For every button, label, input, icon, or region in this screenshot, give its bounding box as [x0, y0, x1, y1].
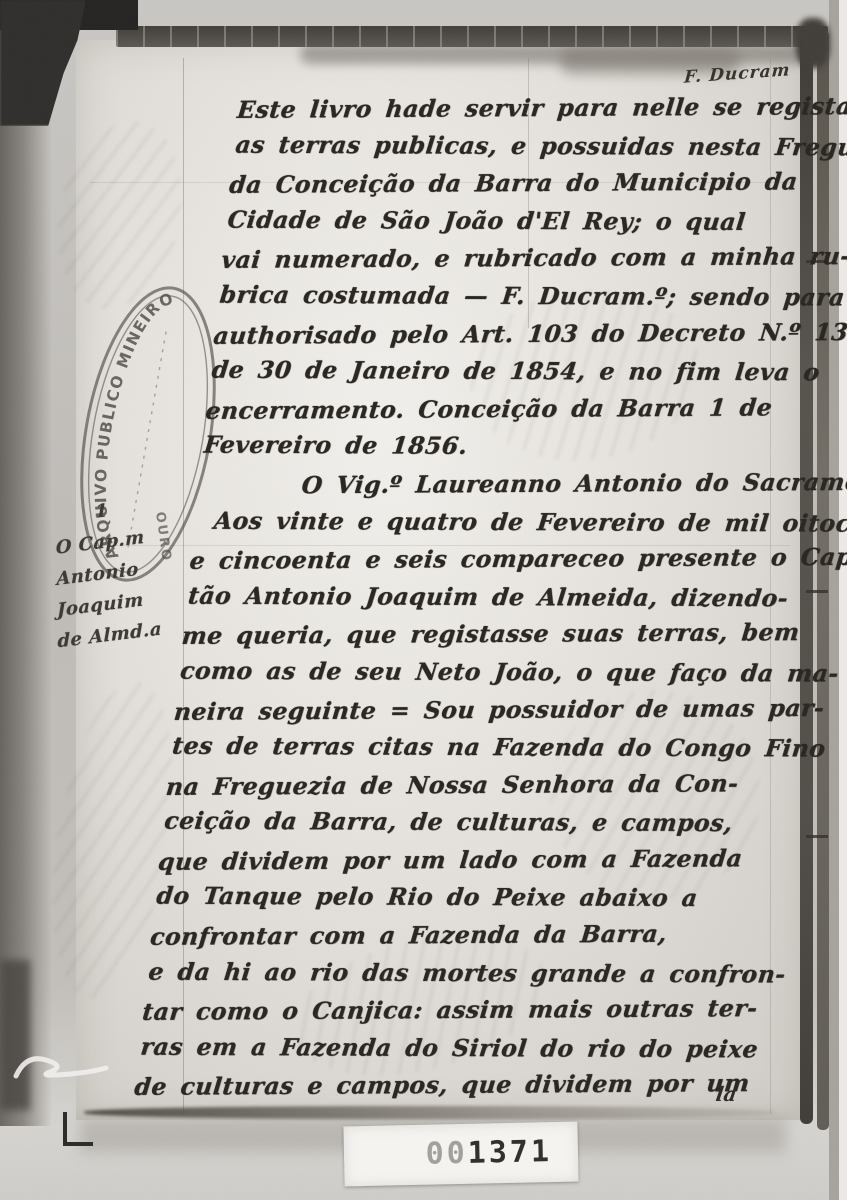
- manuscript-line: confrontar com a Fazenda da Barra,: [148, 915, 766, 956]
- manuscript-line: neira seguinte = Sou possuidor de umas p…: [172, 690, 790, 731]
- binding-stitch-band: [116, 26, 828, 47]
- manuscript-line: as terras publicas, e possuidas nesta Fr…: [234, 126, 847, 166]
- manuscript-line: vai numerado, e rubricado com a minha ru…: [220, 239, 838, 280]
- manuscript-line: de culturas e campos, que dividem por um: [133, 1066, 751, 1107]
- manuscript-line: Este livro hade servir para nelle se reg…: [235, 88, 847, 129]
- manuscript-line: tão Antonio Joaquim de Almeida, dizendo-: [186, 577, 804, 617]
- manuscript-line: O Vig.º Laureanno Antonio do Sacramento.: [196, 464, 814, 505]
- manuscript-line: Cidade de São João d'El Rey; o qual: [226, 201, 844, 241]
- manuscript-line: tes de terras citas na Fazenda do Congo …: [170, 728, 788, 768]
- manuscript-line: na Freguezia de Nossa Senhora da Con-: [164, 765, 782, 806]
- scanned-manuscript-page: { "page": { "rubric_top_right": "F. Ducr…: [0, 0, 847, 1200]
- binding-corner-top-left: [0, 0, 86, 126]
- inventory-label: 001371: [343, 1122, 578, 1187]
- manuscript-line: ras em a Fazenda do Siriol do rio do pei…: [139, 1029, 757, 1069]
- manuscript-line: e cincoenta e seis compareceo presente o…: [188, 539, 806, 580]
- page-bottom-edge: [84, 1106, 774, 1119]
- manuscript-line: como as de seu Neto João, o que faço da …: [178, 653, 796, 693]
- label-digits: 1371: [467, 1134, 552, 1171]
- manuscript-line: de 30 de Janeiro de 1854, e no fim leva …: [210, 352, 828, 392]
- manuscript-line: encerramento. Conceição da Barra 1 de: [204, 389, 822, 430]
- manuscript-line: tar como o Canjica: assim mais outras te…: [140, 990, 758, 1031]
- label-digits-faint: 00: [425, 1136, 468, 1172]
- manuscript-line: da Conceição da Barra do Municipio da: [227, 163, 845, 204]
- page-edge-right: [796, 18, 830, 68]
- manuscript-line: authorisado pelo Art. 103 do Decreto N.º…: [212, 314, 830, 355]
- manuscript-line: brica costumada — F. Ducram.º; sendo par…: [218, 277, 836, 317]
- manuscript-line: e da hi ao rio das mortes grande a confr…: [147, 953, 765, 993]
- binding-tick: [806, 590, 828, 593]
- manuscript-line: Aos vinte e quatro de Fevereiro de mil o…: [194, 502, 812, 542]
- corner-registration-mark: [63, 1112, 67, 1146]
- manuscript-line: ceição da Barra, de culturas, e campos,: [162, 803, 780, 843]
- manuscript-line: que dividem por um lado com a Fazenda: [156, 840, 774, 881]
- binding-tick: [806, 835, 828, 838]
- margin-note: 1O Cap.mAntonioJoaquimde Almd.a: [55, 486, 187, 658]
- manuscript-line: Fevereiro de 1856.: [202, 427, 820, 467]
- corner-registration-mark: [63, 1142, 93, 1146]
- manuscript-line: me queria, que registasse suas terras, b…: [180, 614, 798, 655]
- white-curl-mark: [10, 1036, 120, 1100]
- catchword: la: [714, 1082, 738, 1106]
- manuscript-text: Este livro hade servir para nelle se reg…: [133, 90, 847, 1105]
- manuscript-line: do Tanque pelo Rio do Peixe abaixo a: [154, 878, 772, 918]
